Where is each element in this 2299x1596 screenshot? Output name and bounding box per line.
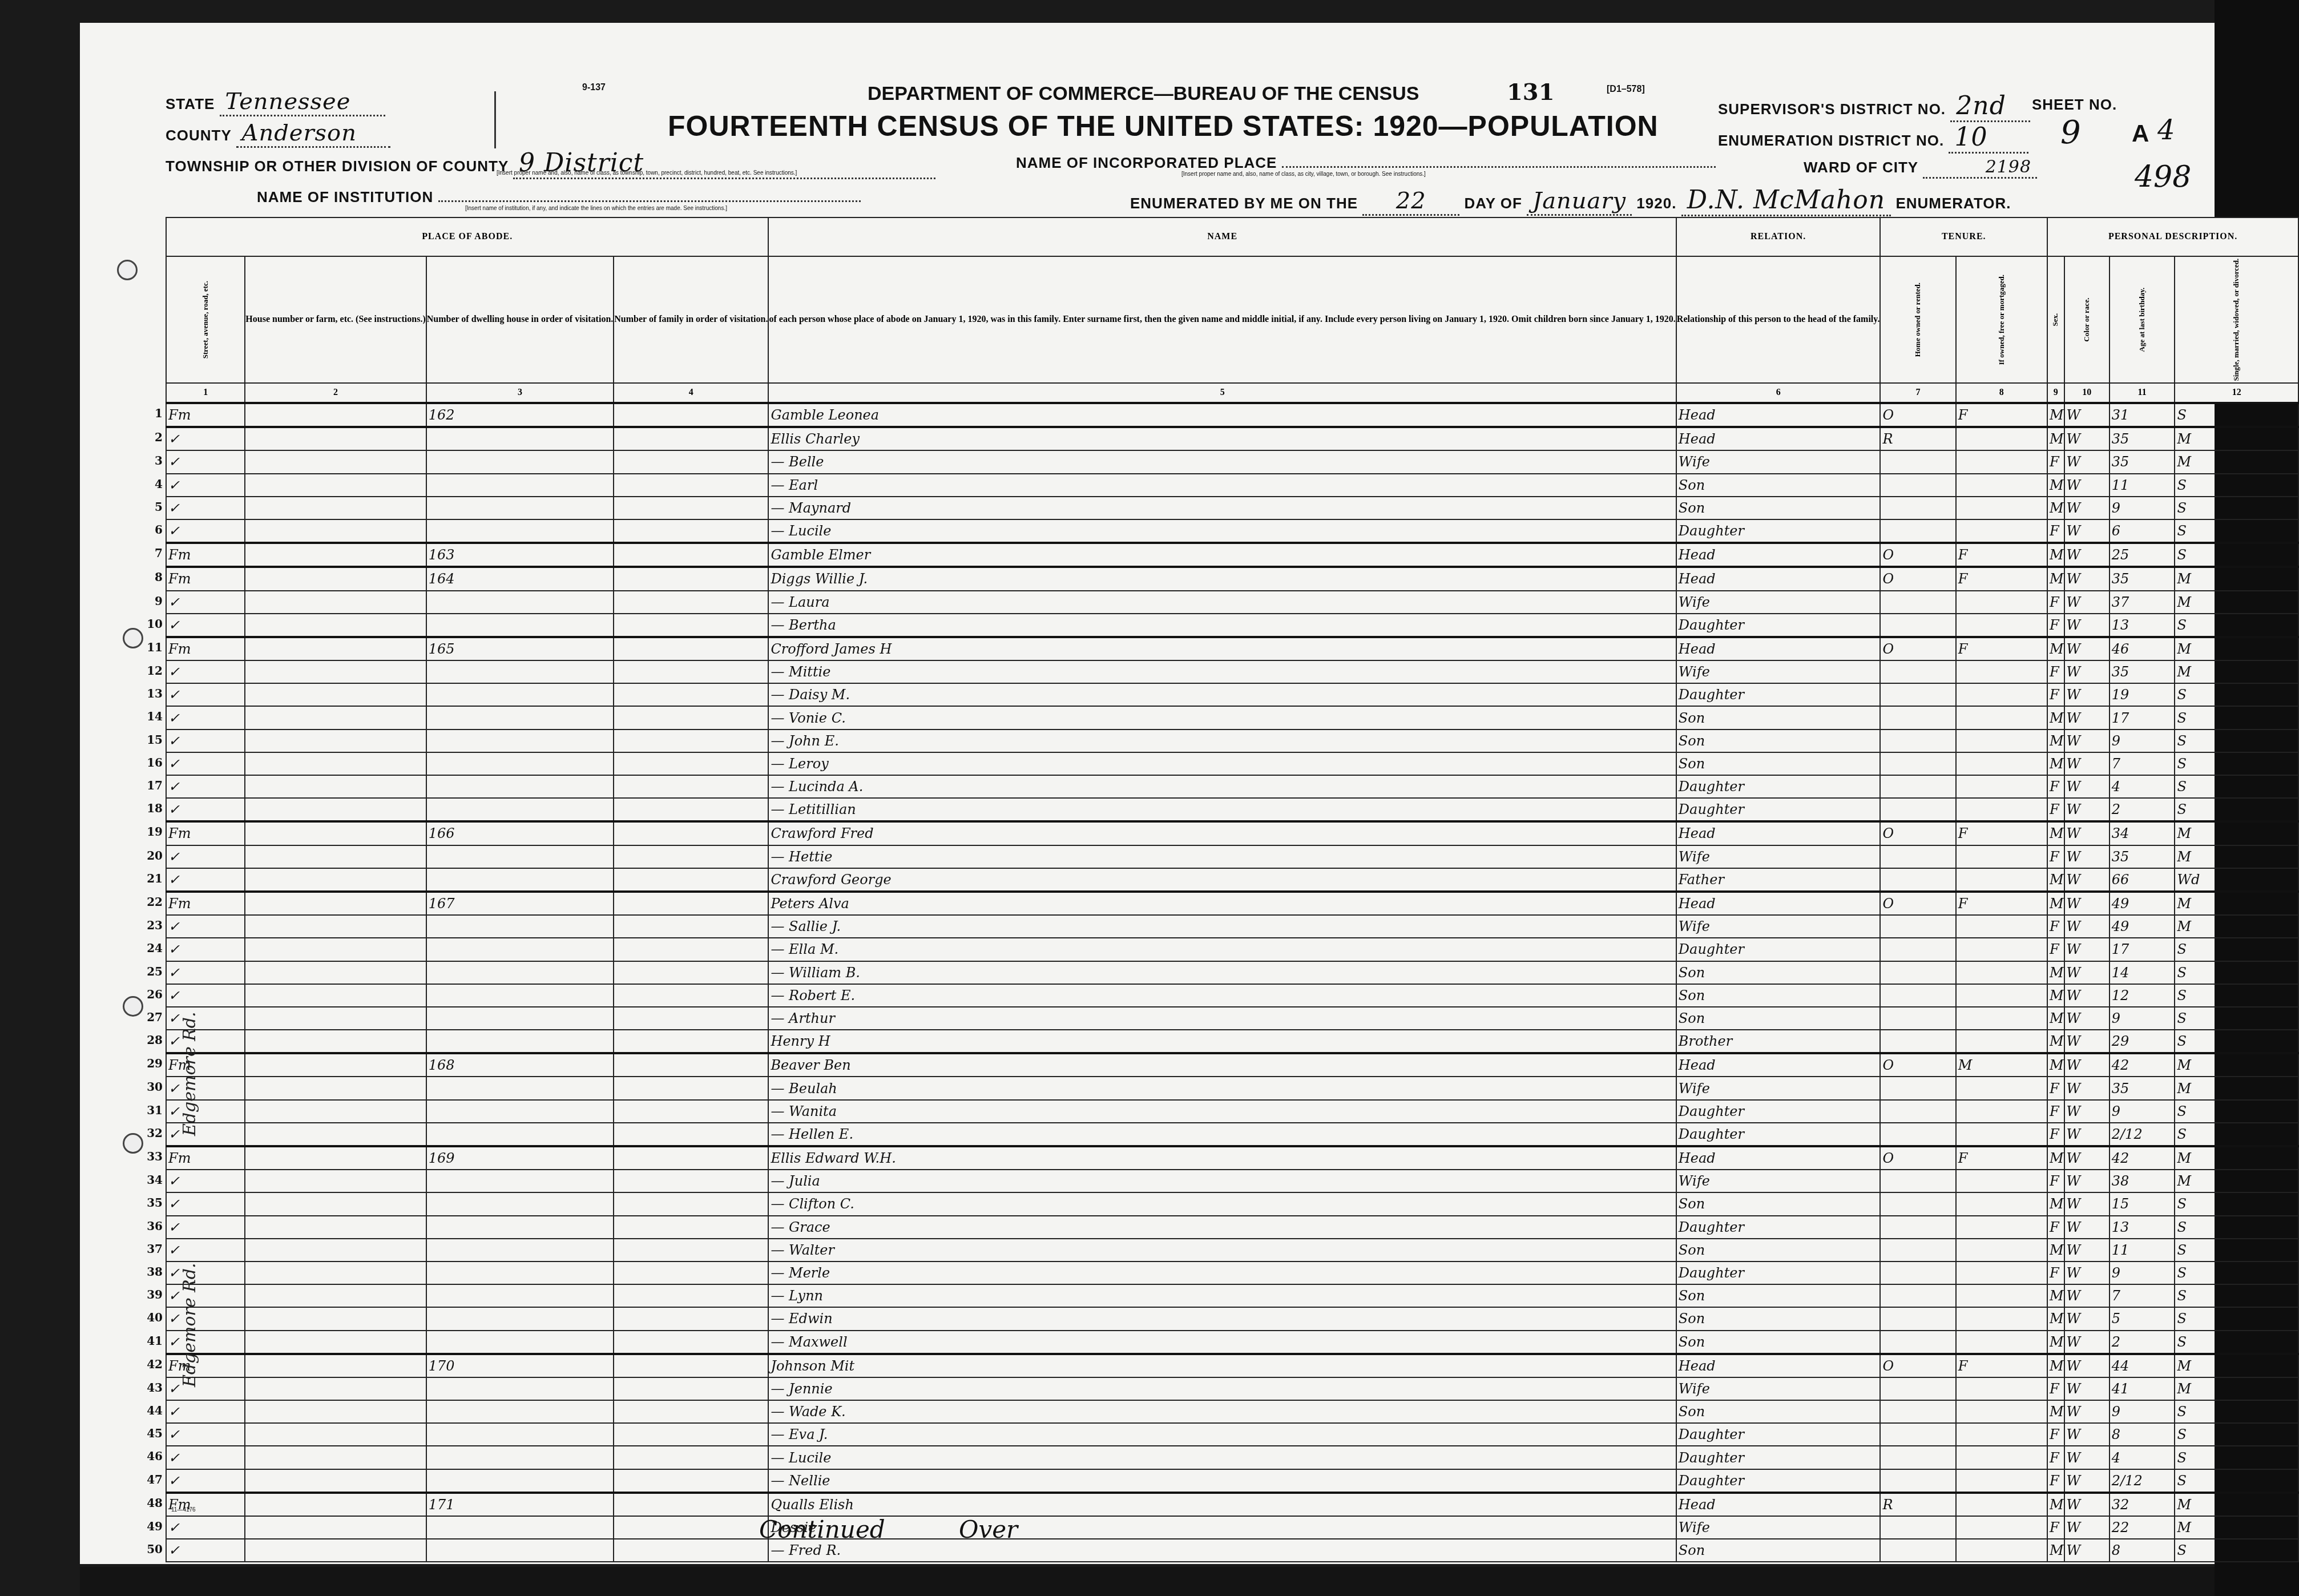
column-header-label: Color or race. xyxy=(2083,298,2091,342)
cell-house xyxy=(245,1053,426,1077)
cell-dwelling xyxy=(426,1400,614,1423)
cell-family xyxy=(614,543,768,567)
cell-race: W xyxy=(2064,775,2110,798)
cell-relation: Daughter xyxy=(1676,798,1881,821)
line-number: 25 xyxy=(140,965,163,978)
incorporated-place-note: [Insert proper name and, also, name of c… xyxy=(1181,171,1426,178)
cell-relation: Son xyxy=(1676,497,1881,519)
cell-dwelling: 165 xyxy=(426,637,614,660)
cell-family xyxy=(614,427,768,450)
cell-owned xyxy=(1880,798,1955,821)
cell-house xyxy=(245,1307,426,1330)
incorporated-place-value xyxy=(1282,166,1716,168)
cell-relation: Daughter xyxy=(1676,1216,1881,1239)
cell-street: ✓ xyxy=(166,775,245,798)
cell-street: ✓ xyxy=(166,1446,245,1469)
cell-street: ✓ xyxy=(166,1423,245,1446)
cell-marital: S xyxy=(2175,706,2298,729)
census-row: ✓— William B.SonMW14SyesyesyesTennesseeT… xyxy=(166,961,2299,984)
cell-race: W xyxy=(2064,1146,2110,1170)
cell-marital: S xyxy=(2175,1007,2298,1030)
cell-street: Fm xyxy=(166,403,245,427)
line-number: 1 xyxy=(140,406,163,420)
cell-street: ✓ xyxy=(166,752,245,775)
cell-dwelling xyxy=(426,1170,614,1192)
cell-sex: M xyxy=(2047,497,2064,519)
cell-sex: F xyxy=(2047,1216,2064,1239)
cell-mortgage xyxy=(1956,730,2047,752)
line-number: 28 xyxy=(140,1033,163,1047)
census-row: ✓— Eva J.DaughterFW8SyesTennesseeTenness… xyxy=(166,1423,2299,1446)
census-row: ✓— Fred R.SonMW8SyesVirginiaVirginiaTenn… xyxy=(166,1539,2299,1562)
column-header-label: Relationship of this person to the head … xyxy=(1677,315,1880,324)
cell-mortgage: F xyxy=(1956,1146,2047,1170)
cell-name: — Lynn xyxy=(768,1284,1676,1307)
cell-street: ✓ xyxy=(166,591,245,614)
cell-age: 19 xyxy=(2110,683,2175,706)
cell-name: — Wade K. xyxy=(768,1400,1676,1423)
cell-street: ✓ xyxy=(166,1007,245,1030)
cell-dwelling xyxy=(426,1539,614,1562)
cell-race: W xyxy=(2064,1262,2110,1284)
cell-name: — William B. xyxy=(768,961,1676,984)
census-row: ✓— Sallie J.WifeFW49MyesyesTennesseeTenn… xyxy=(166,915,2299,938)
cell-street: ✓ xyxy=(166,683,245,706)
line-number: 7 xyxy=(140,546,163,560)
cell-age: 9 xyxy=(2110,1007,2175,1030)
cell-marital: M xyxy=(2175,591,2298,614)
cell-mortgage xyxy=(1956,683,2047,706)
institution-value xyxy=(438,200,861,202)
cell-mortgage xyxy=(1956,1007,2047,1030)
cell-family xyxy=(614,706,768,729)
cell-house xyxy=(245,660,426,683)
enumerated-year: 1920. xyxy=(1636,195,1676,212)
cell-sex: M xyxy=(2047,1146,2064,1170)
cell-owned xyxy=(1880,1539,1955,1562)
cell-family xyxy=(614,1192,768,1215)
cell-marital: M xyxy=(2175,1493,2298,1516)
township-note: [Insert proper name and, also, name of c… xyxy=(497,170,797,176)
cell-marital: M xyxy=(2175,660,2298,683)
cell-marital: S xyxy=(2175,1423,2298,1446)
cell-age: 13 xyxy=(2110,614,2175,637)
cell-street: Fm xyxy=(166,1354,245,1377)
cell-dwelling xyxy=(426,1446,614,1469)
sheet-extra-mark: 4 xyxy=(2157,114,2175,146)
cell-name: Crawford George xyxy=(768,868,1676,892)
cell-race: W xyxy=(2064,821,2110,845)
cell-name: — Merle xyxy=(768,1262,1676,1284)
cell-race: W xyxy=(2064,752,2110,775)
cell-marital: S xyxy=(2175,1030,2298,1053)
cell-race: W xyxy=(2064,591,2110,614)
line-number: 22 xyxy=(140,895,163,909)
line-number: 6 xyxy=(140,523,163,537)
cell-relation: Son xyxy=(1676,730,1881,752)
cell-house xyxy=(245,567,426,590)
cell-dwelling xyxy=(426,730,614,752)
cell-relation: Wife xyxy=(1676,660,1881,683)
cell-name: — Ella M. xyxy=(768,938,1676,961)
cell-street: ✓ xyxy=(166,1539,245,1562)
census-row: ✓— EarlSonMW11SyesyesyesTennesseeTenness… xyxy=(166,474,2299,497)
cell-owned xyxy=(1880,591,1955,614)
cell-mortgage xyxy=(1956,1400,2047,1423)
census-row: Fm169Ellis Edward W.H.HeadOFMW42MyesyesT… xyxy=(166,1146,2299,1170)
cell-sex: F xyxy=(2047,845,2064,868)
census-row: Fm167Peters AlvaHeadOFMW49MyesyesTenness… xyxy=(166,892,2299,915)
cell-age: 35 xyxy=(2110,567,2175,590)
column-header-marital: Single, married, widowed, or divorced. xyxy=(2175,256,2298,383)
line-number: 38 xyxy=(140,1265,163,1279)
cell-mortgage xyxy=(1956,1123,2047,1146)
cell-marital: S xyxy=(2175,1469,2298,1493)
cell-owned xyxy=(1880,450,1955,473)
cell-age: 2 xyxy=(2110,798,2175,821)
cell-street: Fm xyxy=(166,1053,245,1077)
cell-sex: F xyxy=(2047,1170,2064,1192)
cell-relation: Brother xyxy=(1676,1030,1881,1053)
cell-mortgage xyxy=(1956,1469,2047,1493)
cell-dwelling xyxy=(426,845,614,868)
cell-family xyxy=(614,497,768,519)
cell-age: 6 xyxy=(2110,519,2175,543)
cell-age: 44 xyxy=(2110,1354,2175,1377)
cell-sex: F xyxy=(2047,1446,2064,1469)
cell-family xyxy=(614,1377,768,1400)
cell-dwelling xyxy=(426,660,614,683)
cell-marital: S xyxy=(2175,614,2298,637)
line-number: 49 xyxy=(140,1520,163,1533)
cell-relation: Son xyxy=(1676,961,1881,984)
ward-field: WARD OF CITY 2198 xyxy=(1804,157,2037,179)
cell-name: — Vonie C. xyxy=(768,706,1676,729)
cell-age: 9 xyxy=(2110,1262,2175,1284)
line-number: 10 xyxy=(140,617,163,631)
cell-owned xyxy=(1880,752,1955,775)
cell-sex: M xyxy=(2047,961,2064,984)
cell-name: Peters Alva xyxy=(768,892,1676,915)
cell-street: Fm xyxy=(166,543,245,567)
cell-dwelling xyxy=(426,984,614,1007)
column-number-row: 1234567891011121314151617181920212223242… xyxy=(166,383,2299,403)
cell-family xyxy=(614,683,768,706)
county-label: COUNTY xyxy=(166,127,231,144)
column-header-dwelling: Number of dwelling house in order of vis… xyxy=(426,256,614,383)
cell-dwelling xyxy=(426,1377,614,1400)
cell-owned xyxy=(1880,1284,1955,1307)
cell-race: W xyxy=(2064,660,2110,683)
census-row: ✓— MittieWifeFW35MyesyesTennesseeTenness… xyxy=(166,660,2299,683)
cell-relation: Wife xyxy=(1676,915,1881,938)
line-number: 5 xyxy=(140,500,163,514)
cell-house xyxy=(245,1516,426,1539)
cell-mortgage xyxy=(1956,1331,2047,1354)
cell-relation: Wife xyxy=(1676,1516,1881,1539)
cell-relation: Daughter xyxy=(1676,775,1881,798)
cell-sex: F xyxy=(2047,660,2064,683)
cell-name: — Maxwell xyxy=(768,1331,1676,1354)
cell-age: 8 xyxy=(2110,1539,2175,1562)
cell-sex: M xyxy=(2047,637,2064,660)
cell-age: 4 xyxy=(2110,775,2175,798)
cell-relation: Son xyxy=(1676,1284,1881,1307)
cell-race: W xyxy=(2064,474,2110,497)
cell-owned xyxy=(1880,1307,1955,1330)
column-header-age: Age at last birthday. xyxy=(2110,256,2175,383)
enumerated-label: ENUMERATED BY ME ON THE xyxy=(1130,195,1358,212)
cell-house xyxy=(245,845,426,868)
line-number: 37 xyxy=(140,1242,163,1256)
cell-mortgage xyxy=(1956,1377,2047,1400)
cell-owned xyxy=(1880,1377,1955,1400)
cell-relation: Son xyxy=(1676,1307,1881,1330)
cell-sex: F xyxy=(2047,450,2064,473)
cell-age: 2 xyxy=(2110,1331,2175,1354)
cell-sex: M xyxy=(2047,403,2064,427)
county-field: COUNTY Anderson xyxy=(166,120,390,148)
cell-name: Gamble Elmer xyxy=(768,543,1676,567)
cell-sex: M xyxy=(2047,1400,2064,1423)
cell-race: W xyxy=(2064,845,2110,868)
enumerated-day: 22 xyxy=(1362,188,1459,216)
cell-age: 11 xyxy=(2110,474,2175,497)
cell-mortgage xyxy=(1956,1100,2047,1123)
cell-relation: Son xyxy=(1676,1539,1881,1562)
cell-mortgage xyxy=(1956,1262,2047,1284)
cell-relation: Head xyxy=(1676,1493,1881,1516)
cell-sex: M xyxy=(2047,706,2064,729)
cell-relation: Son xyxy=(1676,1239,1881,1262)
cell-sex: F xyxy=(2047,1123,2064,1146)
cell-relation: Head xyxy=(1676,637,1881,660)
cell-sex: M xyxy=(2047,1007,2064,1030)
cell-marital: S xyxy=(2175,683,2298,706)
census-row: ✓— BelleWifeFW35MyesyesTennesseeTennesse… xyxy=(166,450,2299,473)
cell-owned: O xyxy=(1880,892,1955,915)
cell-age: 35 xyxy=(2110,450,2175,473)
cell-name: Crawford Fred xyxy=(768,821,1676,845)
print-code: 11—4176 xyxy=(171,1507,196,1513)
enumeration-district-field: ENUMERATION DISTRICT NO. 10 xyxy=(1718,123,2028,154)
cell-name: Qualls Elish xyxy=(768,1493,1676,1516)
cell-house xyxy=(245,474,426,497)
cell-house xyxy=(245,1146,426,1170)
cell-owned xyxy=(1880,1100,1955,1123)
cell-race: W xyxy=(2064,1493,2110,1516)
column-number: 3 xyxy=(426,383,614,403)
cell-sex: F xyxy=(2047,591,2064,614)
cell-marital: M xyxy=(2175,1053,2298,1077)
census-row: ✓— LauraWifeFW37MyesyesTennesseeTennesse… xyxy=(166,591,2299,614)
cell-house xyxy=(245,450,426,473)
census-row: ✓— WalterSonMW11SyesyesyesTennesseeTenne… xyxy=(166,1239,2299,1262)
cell-street: ✓ xyxy=(166,1239,245,1262)
cell-dwelling: 169 xyxy=(426,1146,614,1170)
column-number: 10 xyxy=(2064,383,2110,403)
cell-family xyxy=(614,1284,768,1307)
line-number: 35 xyxy=(140,1196,163,1210)
cell-house xyxy=(245,798,426,821)
line-number: 13 xyxy=(140,687,163,700)
cell-mortgage xyxy=(1956,474,2047,497)
census-row: Fm164Diggs Willie J.HeadOFMW35MyesyesTen… xyxy=(166,567,2299,590)
cell-name: — Laura xyxy=(768,591,1676,614)
cell-family xyxy=(614,403,768,427)
cell-marital: S xyxy=(2175,543,2298,567)
cell-house xyxy=(245,1170,426,1192)
cell-mortgage xyxy=(1956,660,2047,683)
cell-mortgage xyxy=(1956,752,2047,775)
cell-family xyxy=(614,1262,768,1284)
enumerated-month: January xyxy=(1527,188,1632,216)
cell-owned: O xyxy=(1880,1053,1955,1077)
cell-race: W xyxy=(2064,1284,2110,1307)
sheet-label: SHEET NO. xyxy=(2032,96,2117,114)
census-row: ✓— Vonie C.SonMW17SNoyesyesTennesseeTenn… xyxy=(166,706,2299,729)
line-number: 45 xyxy=(140,1426,163,1440)
column-number: 1 xyxy=(166,383,245,403)
census-rows: Fm162Gamble LeoneaHeadOFMW31SyesyesTenne… xyxy=(166,403,2299,1562)
cell-name: — Mittie xyxy=(768,660,1676,683)
cell-relation: Head xyxy=(1676,1053,1881,1077)
cell-name: Diggs Willie J. xyxy=(768,567,1676,590)
column-group-header: RELATION. xyxy=(1676,217,1881,256)
cell-name: Ellis Charley xyxy=(768,427,1676,450)
day-of-label: DAY OF xyxy=(1465,195,1522,212)
cell-marital: S xyxy=(2175,1123,2298,1146)
punch-hole-icon xyxy=(117,260,138,280)
cell-race: W xyxy=(2064,1377,2110,1400)
cell-relation: Daughter xyxy=(1676,938,1881,961)
cell-race: W xyxy=(2064,497,2110,519)
column-label-row: Street, avenue, road, etc.House number o… xyxy=(166,256,2299,383)
cell-mortgage: F xyxy=(1956,892,2047,915)
cell-family xyxy=(614,1331,768,1354)
cell-sex: F xyxy=(2047,519,2064,543)
line-number: 19 xyxy=(140,825,163,839)
cell-race: W xyxy=(2064,1331,2110,1354)
cell-house xyxy=(245,1077,426,1099)
census-row: ✓Crawford GeorgeFatherMW66WdNoNoTennesse… xyxy=(166,868,2299,892)
line-number: 29 xyxy=(140,1057,163,1070)
cell-name: — Beulah xyxy=(768,1077,1676,1099)
cell-name: — Clifton C. xyxy=(768,1192,1676,1215)
cell-sex: M xyxy=(2047,821,2064,845)
cell-name: — Belle xyxy=(768,450,1676,473)
census-row: ✓— John E.SonMW9SyesyesyesTennesseeTenne… xyxy=(166,730,2299,752)
cell-house xyxy=(245,497,426,519)
cell-sex: M xyxy=(2047,1239,2064,1262)
cell-dwelling xyxy=(426,427,614,450)
cell-marital: S xyxy=(2175,938,2298,961)
cell-street: ✓ xyxy=(166,450,245,473)
cell-street: ✓ xyxy=(166,798,245,821)
cell-family xyxy=(614,798,768,821)
cell-name: — Lucinda A. xyxy=(768,775,1676,798)
cell-owned xyxy=(1880,1469,1955,1493)
column-header-label: Number of family in order of visitation. xyxy=(614,315,768,324)
cell-mortgage xyxy=(1956,1192,2047,1215)
column-number: 12 xyxy=(2175,383,2298,403)
cell-marital: Wd xyxy=(2175,868,2298,892)
cell-family xyxy=(614,660,768,683)
cell-mortgage xyxy=(1956,1446,2047,1469)
line-number: 2 xyxy=(140,430,163,444)
cell-house xyxy=(245,1262,426,1284)
cell-house xyxy=(245,1377,426,1400)
cell-name: — Leroy xyxy=(768,752,1676,775)
cell-race: W xyxy=(2064,798,2110,821)
cell-marital: M xyxy=(2175,845,2298,868)
cell-street: ✓ xyxy=(166,1262,245,1284)
cell-relation: Wife xyxy=(1676,1170,1881,1192)
supervisor-district-value: 2nd xyxy=(1950,91,2030,122)
column-header-house: House number or farm, etc. (See instruct… xyxy=(245,256,426,383)
column-header-label: Street, avenue, road, etc. xyxy=(201,281,209,358)
cell-marital: S xyxy=(2175,1216,2298,1239)
cell-relation: Daughter xyxy=(1676,1446,1881,1469)
cell-owned: O xyxy=(1880,821,1955,845)
cell-age: 42 xyxy=(2110,1146,2175,1170)
cell-street: ✓ xyxy=(166,427,245,450)
cell-name: — Earl xyxy=(768,474,1676,497)
cell-age: 9 xyxy=(2110,1400,2175,1423)
cell-dwelling xyxy=(426,1331,614,1354)
cell-race: W xyxy=(2064,683,2110,706)
cell-street: ✓ xyxy=(166,497,245,519)
cell-sex: F xyxy=(2047,938,2064,961)
cell-house xyxy=(245,892,426,915)
cell-marital: S xyxy=(2175,1100,2298,1123)
cell-house xyxy=(245,915,426,938)
cell-street: Fm xyxy=(166,637,245,660)
census-row: ✓— GraceDaughterFW13SyesyesyesTennesseeT… xyxy=(166,1216,2299,1239)
cell-house xyxy=(245,1216,426,1239)
cell-relation: Son xyxy=(1676,1400,1881,1423)
census-row: Fm162Gamble LeoneaHeadOFMW31SyesyesTenne… xyxy=(166,403,2299,427)
cell-name: Crofford James H xyxy=(768,637,1676,660)
cell-marital: M xyxy=(2175,1146,2298,1170)
cell-house xyxy=(245,1100,426,1123)
cell-relation: Son xyxy=(1676,1007,1881,1030)
cell-family xyxy=(614,1423,768,1446)
cell-race: W xyxy=(2064,1423,2110,1446)
cell-dwelling: 166 xyxy=(426,821,614,845)
cell-street: ✓ xyxy=(166,1216,245,1239)
column-header-family: Number of family in order of visitation. xyxy=(614,256,768,383)
cell-owned xyxy=(1880,1400,1955,1423)
cell-race: W xyxy=(2064,961,2110,984)
column-number: 6 xyxy=(1676,383,1881,403)
cell-dwelling xyxy=(426,1307,614,1330)
cell-mortgage xyxy=(1956,1216,2047,1239)
cell-dwelling xyxy=(426,961,614,984)
cell-family xyxy=(614,892,768,915)
cell-street: ✓ xyxy=(166,868,245,892)
cell-race: W xyxy=(2064,1053,2110,1077)
line-number: 17 xyxy=(140,779,163,792)
cell-sex: M xyxy=(2047,984,2064,1007)
line-number: 43 xyxy=(140,1381,163,1395)
cell-street: ✓ xyxy=(166,915,245,938)
cell-race: W xyxy=(2064,706,2110,729)
cell-race: W xyxy=(2064,1239,2110,1262)
cell-marital: S xyxy=(2175,519,2298,543)
margin-street-name: Edgemore Rd. xyxy=(180,1011,200,1136)
cell-mortgage xyxy=(1956,450,2047,473)
